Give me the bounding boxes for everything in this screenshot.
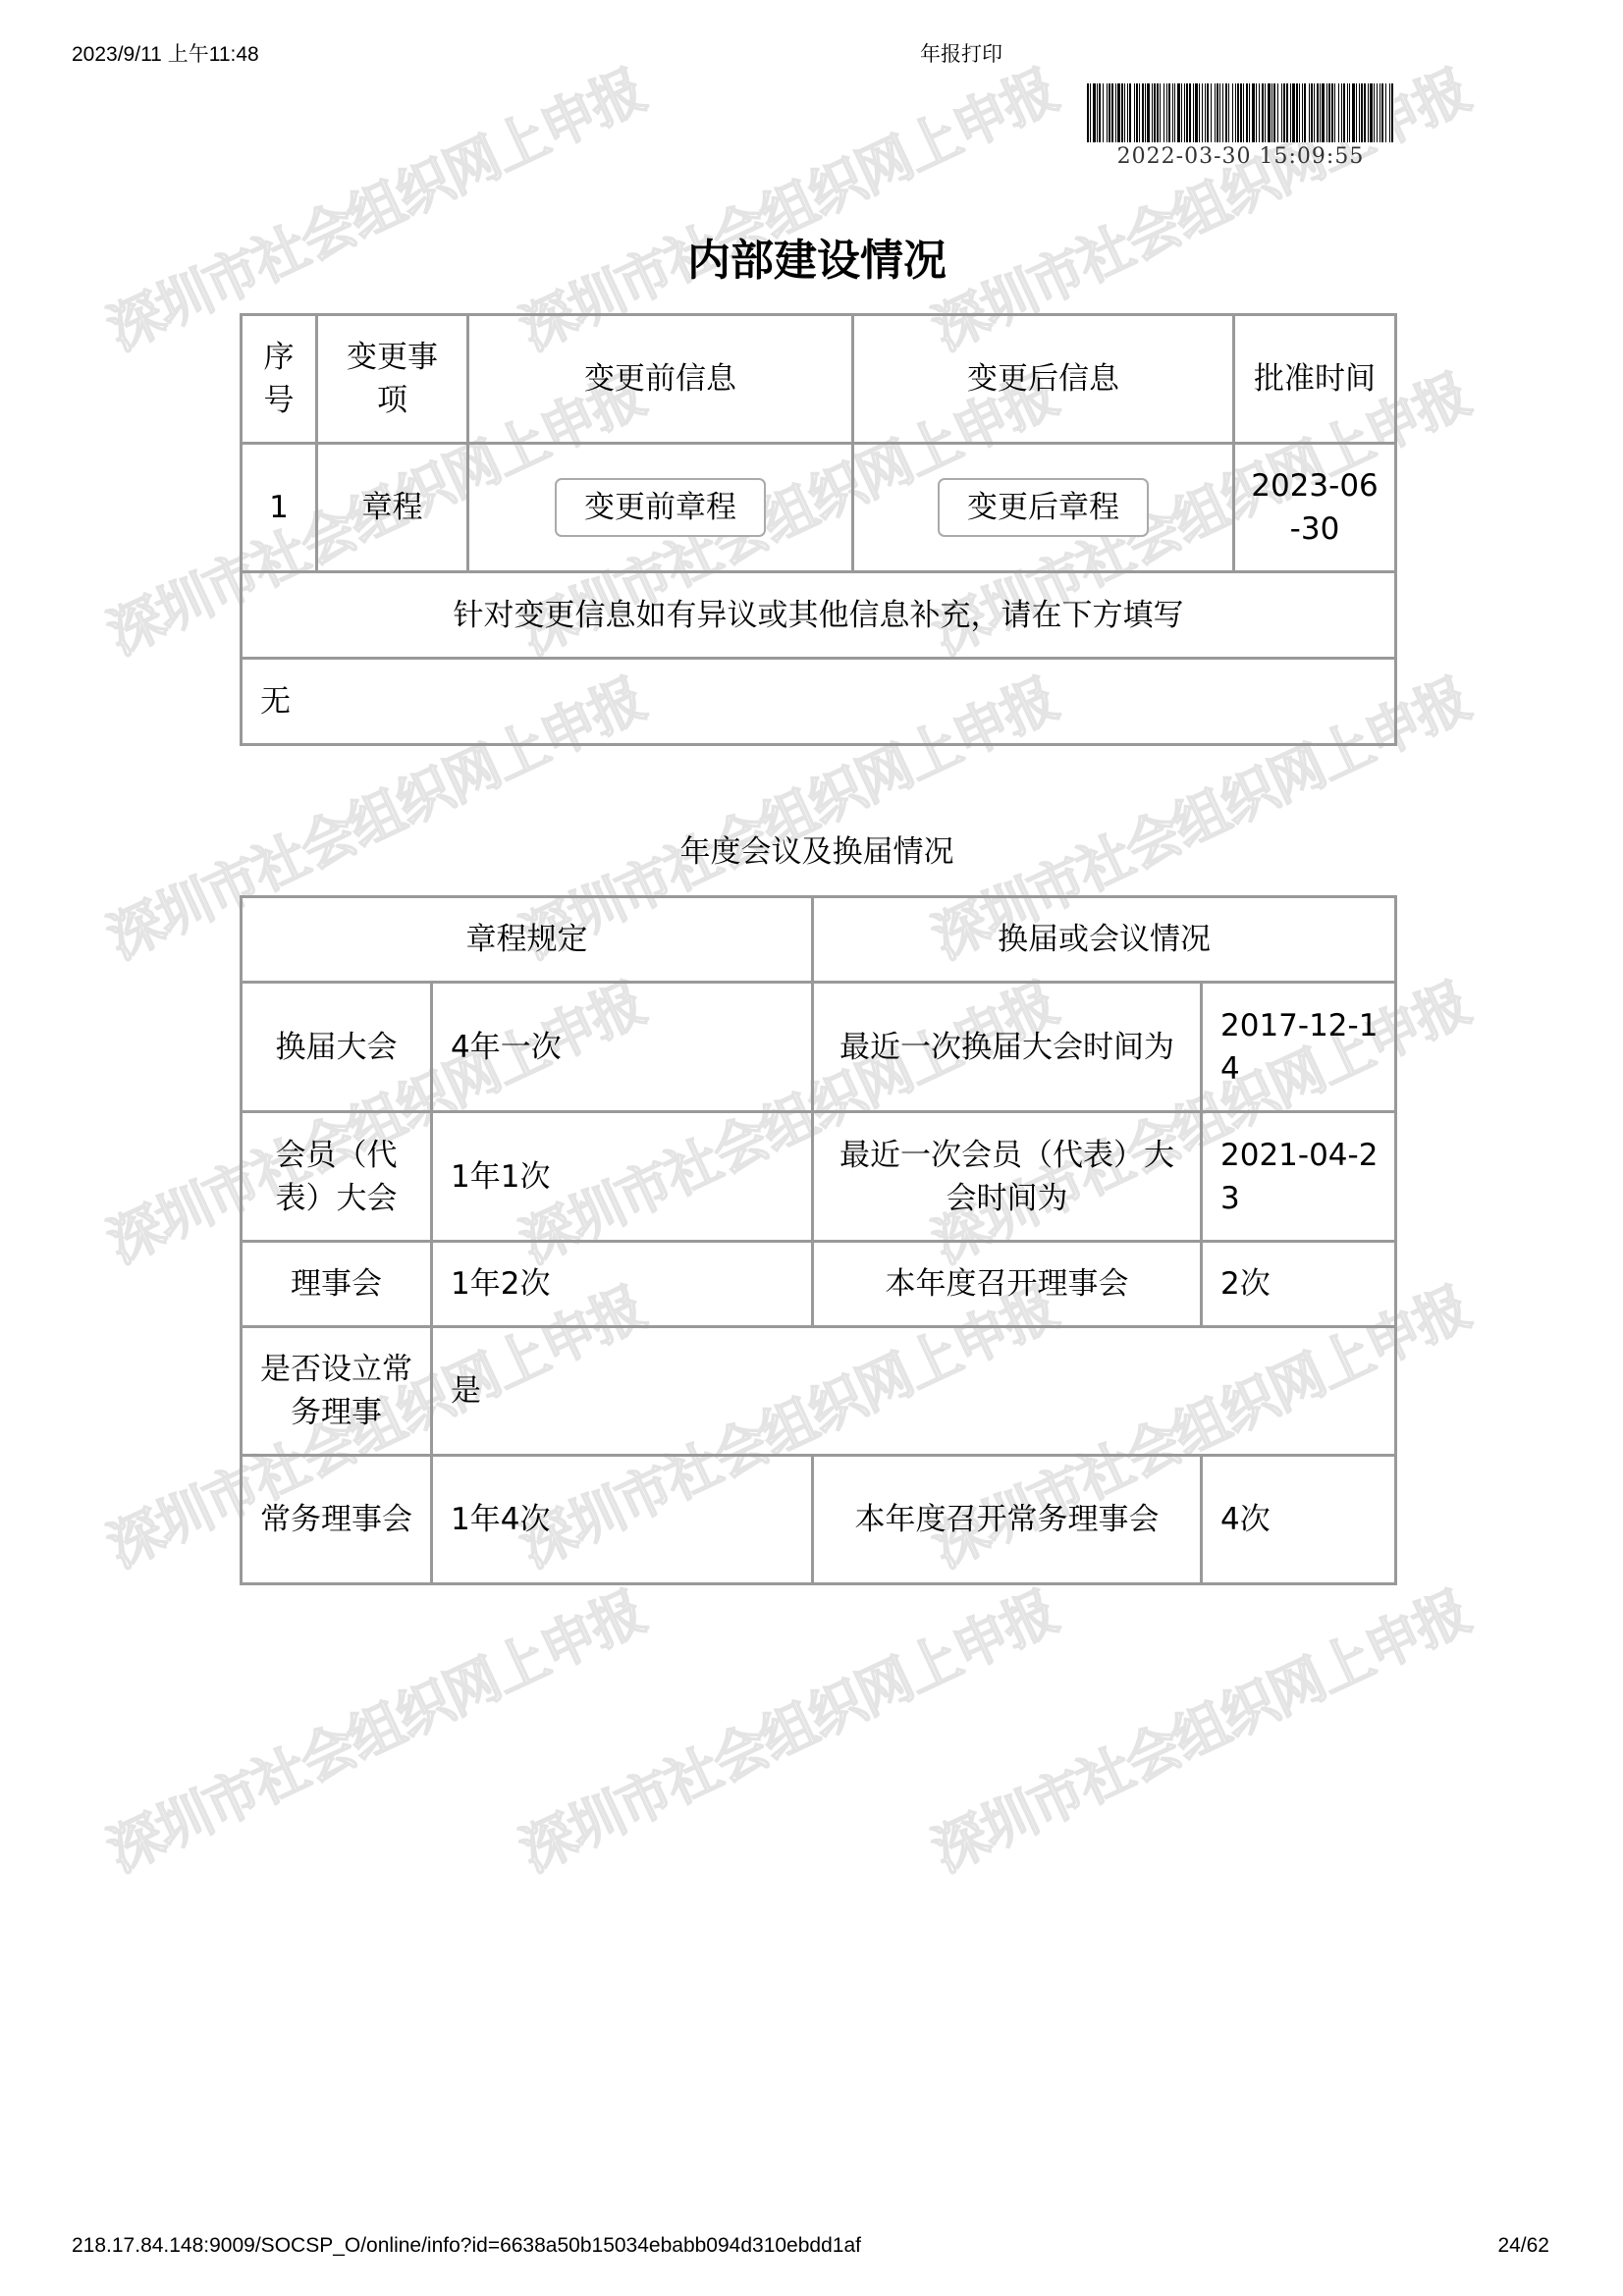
table-row: 会员（代表）大会 1年1次 最近一次会员（代表）大会时间为 2021-04-23 <box>242 1112 1396 1242</box>
meeting-name: 常务理事会 <box>242 1456 432 1584</box>
meeting-situation-value: 2次 <box>1202 1242 1396 1327</box>
note-prompt: 针对变更信息如有异议或其他信息补充，请在下方填写 <box>242 572 1396 659</box>
table-header-row: 序号 变更事项 变更前信息 变更后信息 批准时间 <box>242 315 1396 444</box>
meeting-situation-value: 2021-04-23 <box>1202 1112 1396 1242</box>
after-cell: 变更后章程 <box>853 444 1234 572</box>
watermark-text: 深圳市社会组织网上申报 <box>506 1570 1067 1888</box>
meeting-situation-label: 最近一次会员（代表）大会时间为 <box>813 1112 1202 1242</box>
note-value: 无 <box>242 659 1396 745</box>
table-header-row: 章程规定 换届或会议情况 <box>242 897 1396 983</box>
section-title: 年度会议及换届情况 <box>240 832 1394 872</box>
meeting-rule: 4年一次 <box>432 983 813 1112</box>
changes-table: 序号 变更事项 变更前信息 变更后信息 批准时间 1 章程 变更前章程 变更后章… <box>240 313 1397 746</box>
row-index: 1 <box>242 444 317 572</box>
meeting-situation-label: 本年度召开理事会 <box>813 1242 1202 1327</box>
meeting-name: 理事会 <box>242 1242 432 1327</box>
meeting-situation-value: 2017-12-14 <box>1202 983 1396 1112</box>
watermark-text: 深圳市社会组织网上申报 <box>918 1570 1480 1888</box>
meetings-table: 章程规定 换届或会议情况 换届大会 4年一次 最近一次换届大会时间为 2017-… <box>240 895 1397 1585</box>
meeting-rule: 1年4次 <box>432 1456 813 1584</box>
page-title: 内部建设情况 <box>240 234 1394 289</box>
table-row: 1 章程 变更前章程 变更后章程 2023-06-30 <box>242 444 1396 572</box>
note-prompt-row: 针对变更信息如有异议或其他信息补充，请在下方填写 <box>242 572 1396 659</box>
meeting-name: 换届大会 <box>242 983 432 1112</box>
row-approval-date: 2023-06-30 <box>1234 444 1396 572</box>
print-title: 年报打印 <box>0 43 1623 67</box>
header-index: 序号 <box>242 315 317 444</box>
table-row: 理事会 1年2次 本年度召开理事会 2次 <box>242 1242 1396 1327</box>
meeting-situation-value: 4次 <box>1202 1456 1396 1584</box>
meeting-rule: 是 <box>432 1327 1396 1456</box>
table-row: 是否设立常务理事 是 <box>242 1327 1396 1456</box>
header-situation: 换届或会议情况 <box>813 897 1396 983</box>
header-charter-rule: 章程规定 <box>242 897 813 983</box>
meeting-name: 是否设立常务理事 <box>242 1327 432 1456</box>
header-approval-date: 批准时间 <box>1234 315 1396 444</box>
watermark-text: 深圳市社会组织网上申报 <box>93 1570 655 1888</box>
table-row: 换届大会 4年一次 最近一次换届大会时间为 2017-12-14 <box>242 983 1396 1112</box>
before-cell: 变更前章程 <box>468 444 853 572</box>
barcode-icon <box>1087 83 1394 142</box>
meeting-situation-label: 最近一次换届大会时间为 <box>813 983 1202 1112</box>
meeting-name: 会员（代表）大会 <box>242 1112 432 1242</box>
meeting-situation-label: 本年度召开常务理事会 <box>813 1456 1202 1584</box>
header-item: 变更事项 <box>317 315 468 444</box>
table-row: 常务理事会 1年4次 本年度召开常务理事会 4次 <box>242 1456 1396 1584</box>
header-after: 变更后信息 <box>853 315 1234 444</box>
meeting-rule: 1年2次 <box>432 1242 813 1327</box>
view-before-charter-button[interactable]: 变更前章程 <box>555 478 766 537</box>
view-after-charter-button[interactable]: 变更后章程 <box>938 478 1149 537</box>
meeting-rule: 1年1次 <box>432 1112 813 1242</box>
row-item: 章程 <box>317 444 468 572</box>
header-before: 变更前信息 <box>468 315 853 444</box>
page-url: 218.17.84.148:9009/SOCSP_O/online/info?i… <box>72 2234 861 2258</box>
barcode-timestamp: 2022-03-30 15:09:55 <box>1087 144 1394 169</box>
note-value-row: 无 <box>242 659 1396 745</box>
page-number: 24/62 <box>1497 2234 1549 2258</box>
